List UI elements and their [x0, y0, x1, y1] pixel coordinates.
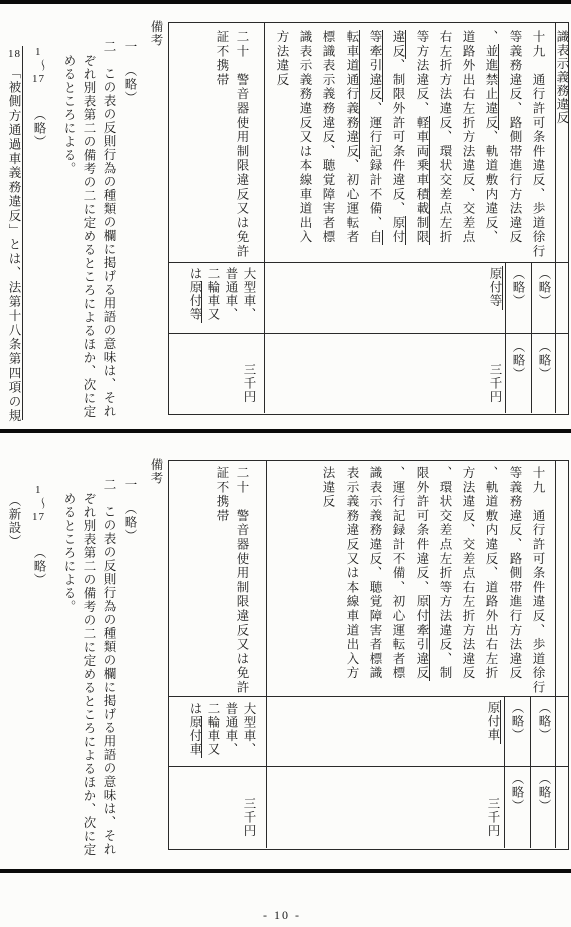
remark-2-line: 二 この表の反則行為の種類の欄に掲げる用語の意味は、それ — [102, 478, 116, 856]
item20-text-line: 二十 警音器使用制限違反又は免許 — [235, 466, 249, 695]
item19-text-line: 右左折方法違反、環状交差点左折 — [438, 30, 452, 245]
change-mark — [382, 230, 383, 245]
subcolumn-divider — [531, 262, 532, 413]
remarks-heading: 備考 — [149, 20, 163, 47]
change-mark — [201, 716, 202, 758]
omitted-cell: （略） — [537, 772, 551, 813]
omitted-cell: （略） — [511, 340, 525, 381]
fine-amount-cell: 三千円 — [242, 363, 256, 404]
subcolumn-divider — [505, 262, 506, 413]
vehicle-class-cell: 普通車、 — [224, 702, 238, 756]
item19-text-line: 道路外出右左折方法違反、交差点 — [461, 30, 475, 245]
band-divider — [169, 696, 568, 697]
change-mark — [405, 30, 406, 59]
remark-18-text: 「被側方通過車義務違反」とは、法第十八条第四項の規 — [7, 66, 21, 424]
change-mark — [382, 30, 383, 102]
item19-text-line: 識表示義務違反、聴覚障害者標識 — [368, 466, 382, 681]
gazette-page: 備考 一 （略） 二 この表の反則行為の種類の欄に掲げる用語の意味は、それ ぞれ… — [0, 0, 571, 927]
remark-2-line: 二 この表の反則行為の種類の欄に掲げる用語の意味は、それ — [102, 40, 116, 418]
change-mark — [498, 44, 499, 130]
remark-range-tilde: 〜 — [35, 497, 49, 511]
change-mark — [500, 700, 501, 744]
item19-text-line: 転車道通行義務違反、初心運転者 — [345, 30, 359, 245]
remark-2-line: ぞれ別表第二の備考の二に定めるところによるほか、次に定 — [82, 54, 96, 419]
item20-text-line: 証不携帯 — [215, 30, 229, 87]
band-divider — [169, 262, 568, 263]
remark-1-value: （略） — [123, 64, 137, 105]
remark-range-tilde: 〜 — [35, 59, 49, 73]
middle-thick-rule — [0, 429, 571, 433]
band-divider — [169, 333, 568, 334]
remark-1-value: （略） — [123, 502, 137, 543]
item19-text-line: 十九 通行許可条件違反、歩道徐行 — [531, 30, 545, 259]
remark-range-value: （略） — [32, 546, 46, 587]
item19-text-line: 等牽引違反、運行記録計不備、自 — [368, 30, 382, 245]
remark-2-line: めるところによる。 — [62, 54, 76, 176]
remark-2-line: ぞれ別表第二の備考の二に定めるところによるほか、次に定 — [82, 492, 96, 857]
omitted-cell: （略） — [510, 701, 524, 742]
vehicle-class-cell: 普通車、 — [224, 267, 238, 321]
carryover-cell: 識表示義務違反 — [555, 30, 569, 125]
item19-text-line: 等義務違反、路側帯進行方法違反 — [508, 466, 522, 681]
vehicle-class-cell: は原付等 — [188, 267, 202, 321]
remark-1-number: 一 — [123, 40, 137, 54]
vehicle-class-cell: は原付車 — [188, 702, 202, 756]
item19-text-line: 方法違反 — [275, 30, 289, 87]
change-mark — [22, 46, 23, 420]
column-divider — [266, 461, 267, 848]
vehicle-class-cell: 二輪車又 — [206, 702, 220, 756]
column-divider — [555, 461, 556, 848]
change-mark — [201, 281, 202, 323]
change-mark — [405, 216, 406, 245]
vehicle-class-cell: 原付等 — [488, 267, 502, 308]
remark-2-line: めるところによる。 — [62, 492, 76, 614]
remark-18-placeholder: （新設） — [7, 494, 21, 548]
remarks-heading: 備考 — [149, 458, 163, 485]
change-mark — [429, 595, 430, 681]
change-mark — [429, 116, 430, 245]
item19-text-line: 等方法違反、軽車両乗車積載制限 — [415, 30, 429, 245]
item19-text-line: 、環状交差点左折等方法違反、制 — [438, 466, 452, 681]
item20-text-line: 二十 警音器使用制限違反又は免許 — [235, 30, 249, 259]
omitted-cell: （略） — [537, 340, 551, 381]
vehicle-class-cell: 大型車、 — [242, 267, 256, 321]
vehicle-class-cell: 原付車 — [486, 701, 500, 742]
subcolumn-divider — [530, 696, 531, 848]
fine-amount-cell: 三千円 — [242, 797, 256, 838]
item19-text-line: 、並進禁止違反、軌道敷内違反、 — [484, 30, 498, 245]
item19-text-line: 識表示義務違反又は本線車道出入 — [298, 30, 312, 245]
item19-text-line: 表示義務違反又は本線車道出入方 — [345, 466, 359, 681]
vehicle-class-cell: 大型車、 — [242, 702, 256, 756]
item19-text-line: 、運行記録計不備、初心運転者標 — [391, 466, 405, 681]
item19-text-line: 、軌道敷内違反、道路外出右左折 — [484, 466, 498, 681]
item20-text-line: 証不携帯 — [215, 466, 229, 523]
remark-range-to: 17 — [32, 512, 45, 523]
item19-text-line: 等義務違反、路側帯進行方法違反 — [508, 30, 522, 245]
omitted-cell: （略） — [537, 267, 551, 308]
fine-amount-cell: 三千円 — [488, 363, 502, 404]
band-divider — [169, 766, 568, 767]
remark-range-from: 1 — [35, 485, 42, 496]
change-mark — [359, 30, 360, 159]
remark-1-number: 一 — [123, 478, 137, 492]
item19-text-line: 方法違反、交差点右左折方法違反 — [461, 466, 475, 681]
vehicle-class-cell: 二輪車又 — [206, 267, 220, 321]
omitted-cell: （略） — [537, 701, 551, 742]
bottom-thick-rule — [0, 869, 571, 873]
item19-text-line: 法違反 — [321, 466, 335, 509]
fine-amount-cell: 三千円 — [486, 797, 500, 838]
remark-range-to: 17 — [32, 74, 45, 85]
page-number: - 10 - — [263, 908, 301, 923]
item19-text-line: 十九 通行許可条件違反、歩道徐行 — [531, 466, 545, 695]
omitted-cell: （略） — [510, 772, 524, 813]
omitted-cell: （略） — [511, 267, 525, 308]
item19-text-line: 限外許可条件違反、原付牽引違反 — [415, 466, 429, 681]
remark-range-from: 1 — [35, 47, 42, 58]
remark-range-value: （略） — [32, 108, 46, 149]
remark-18-number: 18 — [8, 49, 21, 60]
item19-text-line: 標識表示義務違反、聴覚障害者標 — [321, 30, 335, 245]
change-mark — [502, 266, 503, 310]
column-divider — [264, 23, 265, 413]
item19-text-line: 違反、制限外許可条件違反、原付 — [391, 30, 405, 245]
subcolumn-divider — [504, 696, 505, 848]
top-thick-rule — [0, 0, 571, 4]
